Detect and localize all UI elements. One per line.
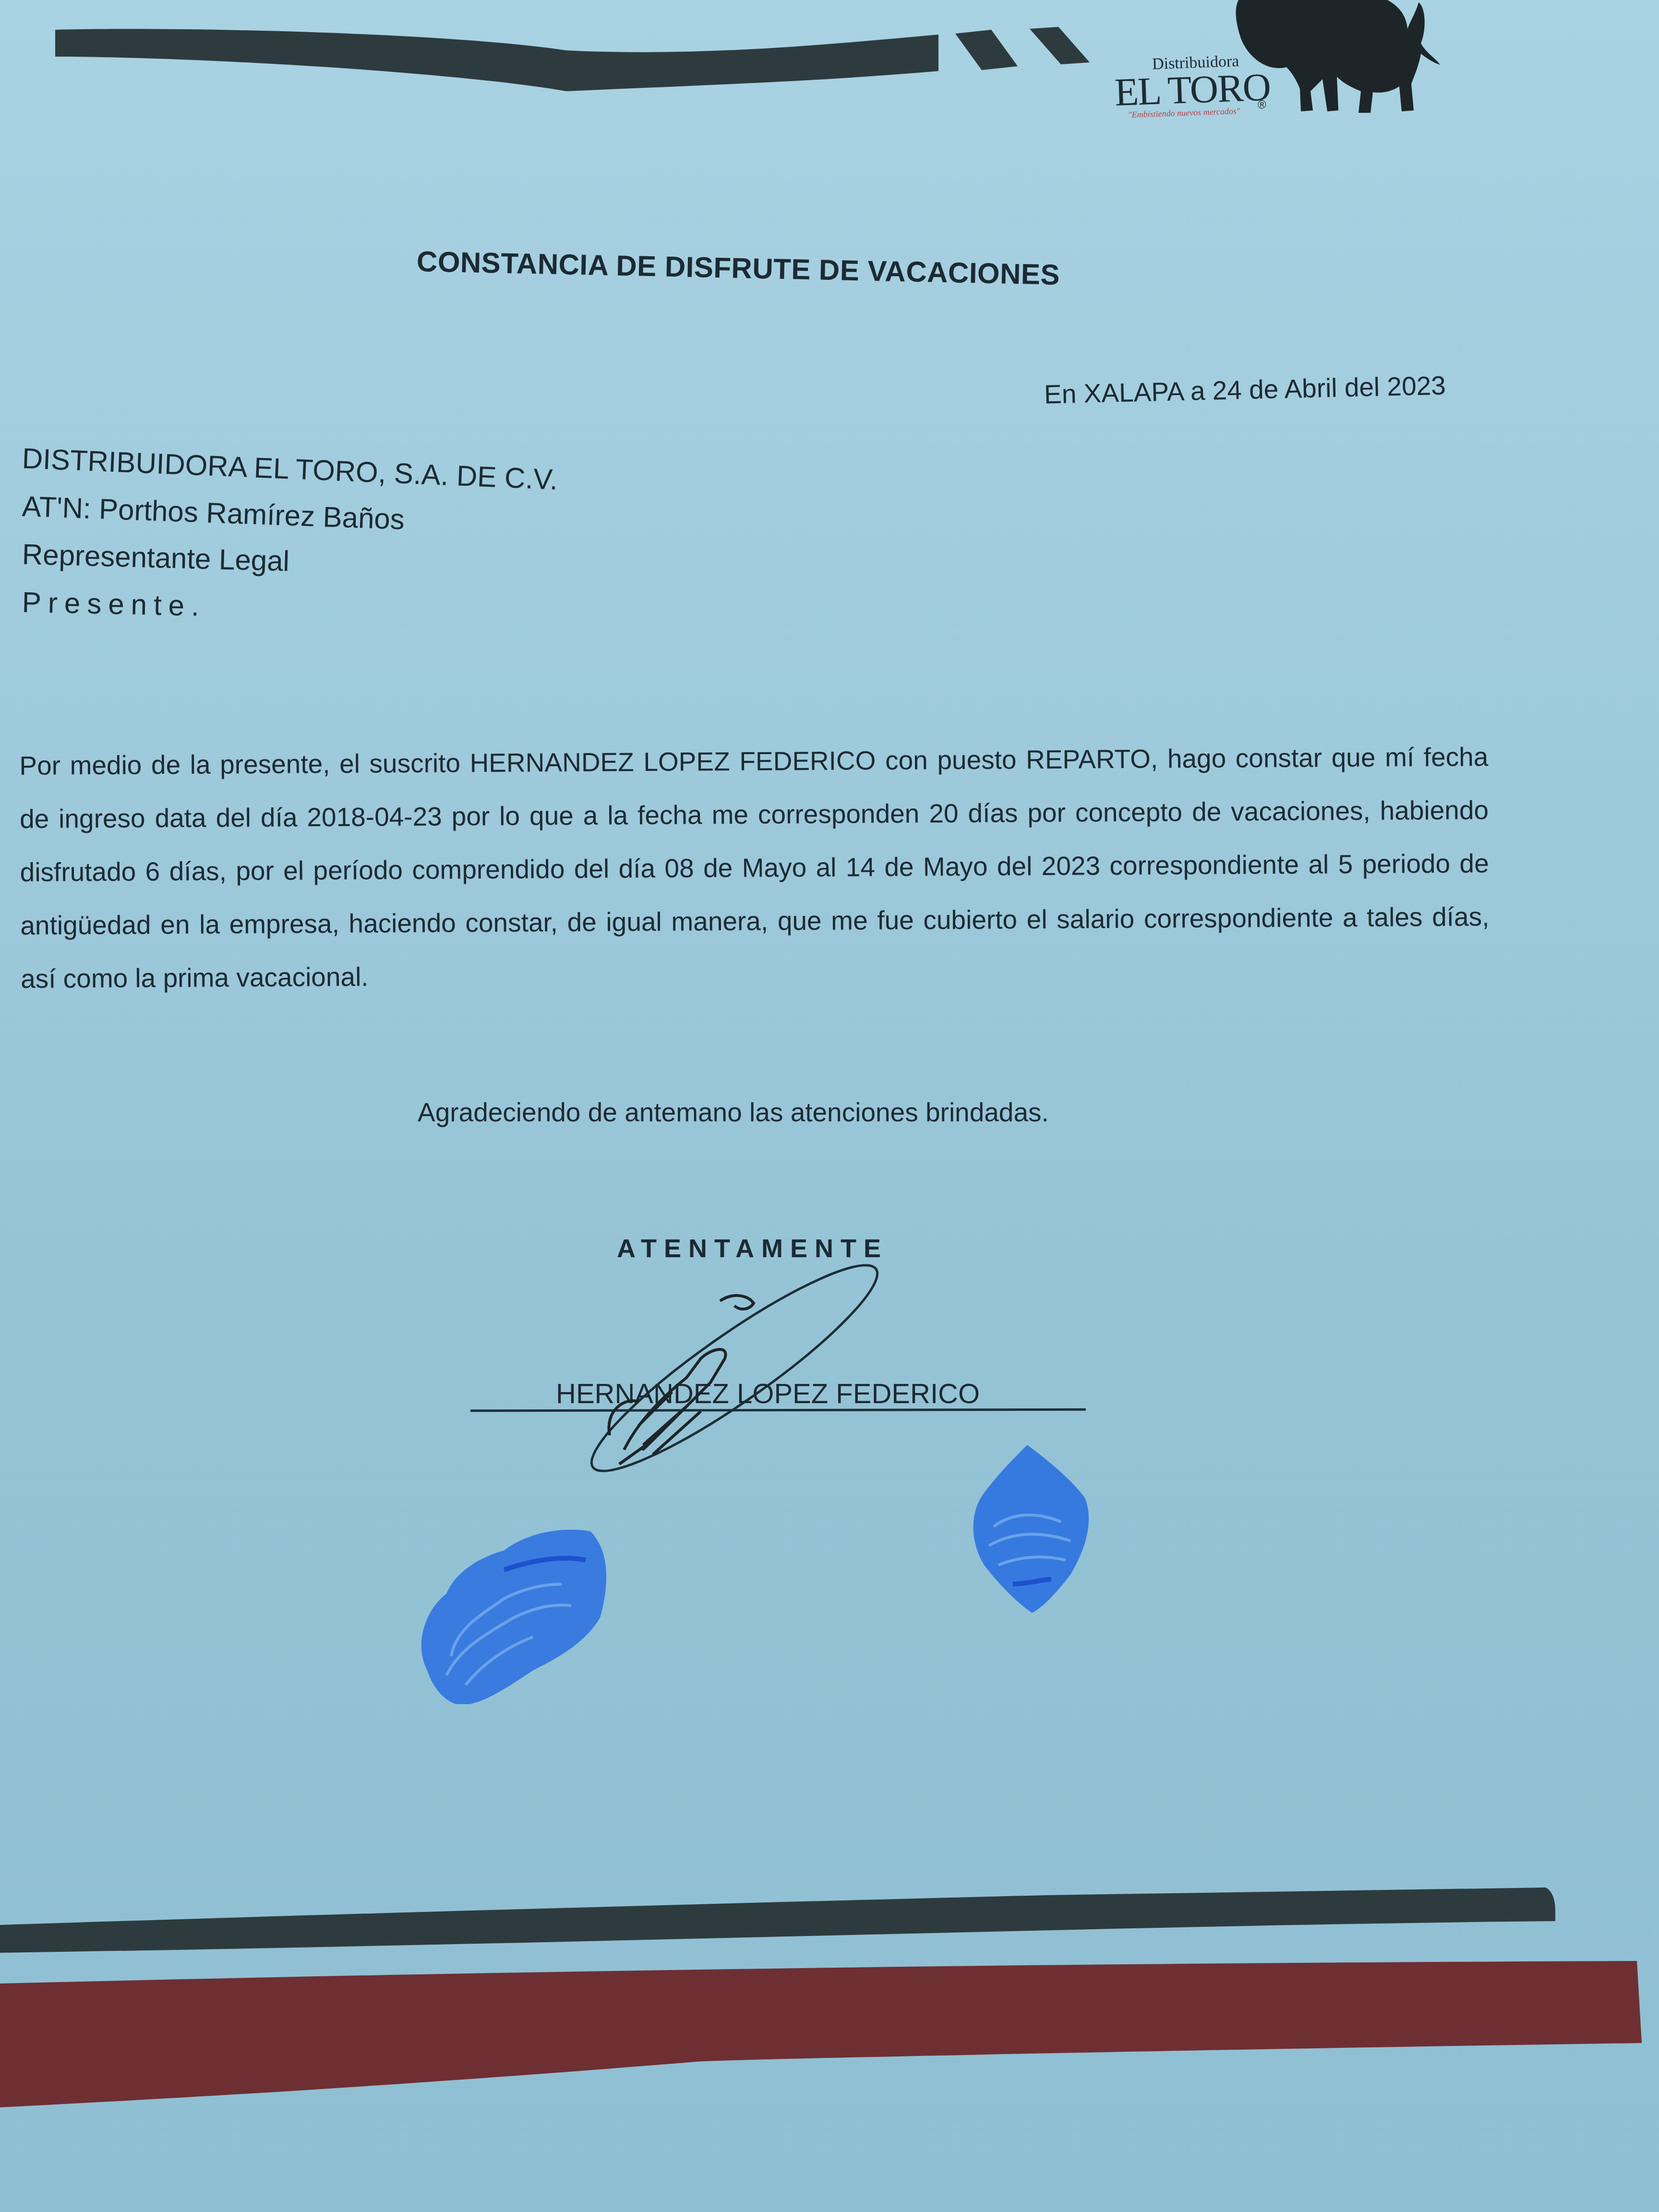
fingerprint-icon <box>408 1512 619 1704</box>
thanks-line: Agradeciendo de antemano las atenciones … <box>418 1097 1049 1128</box>
addressee-block: DISTRIBUIDORA EL TORO, S.A. DE C.V. AT'N… <box>22 434 558 626</box>
place-date: En XALAPA a 24 de Abril del 2023 <box>1044 370 1446 410</box>
handwritten-signature-icon <box>528 1238 984 1507</box>
registered-mark: ® <box>1258 98 1266 112</box>
letterhead-bottom-bands <box>0 1872 1659 2212</box>
company-logo: Distribuidora EL TORO ® "Embistiendo nue… <box>1099 0 1493 125</box>
letterhead-top-band <box>0 0 1152 106</box>
document-title: CONSTANCIA DE DISFRUTE DE VACACIONES <box>416 245 1060 291</box>
fingerprint-icon <box>926 1440 1109 1632</box>
document-page: Distribuidora EL TORO ® "Embistiendo nue… <box>0 0 1659 2212</box>
body-paragraph: Por medio de la presente, el suscrito HE… <box>19 730 1490 1006</box>
